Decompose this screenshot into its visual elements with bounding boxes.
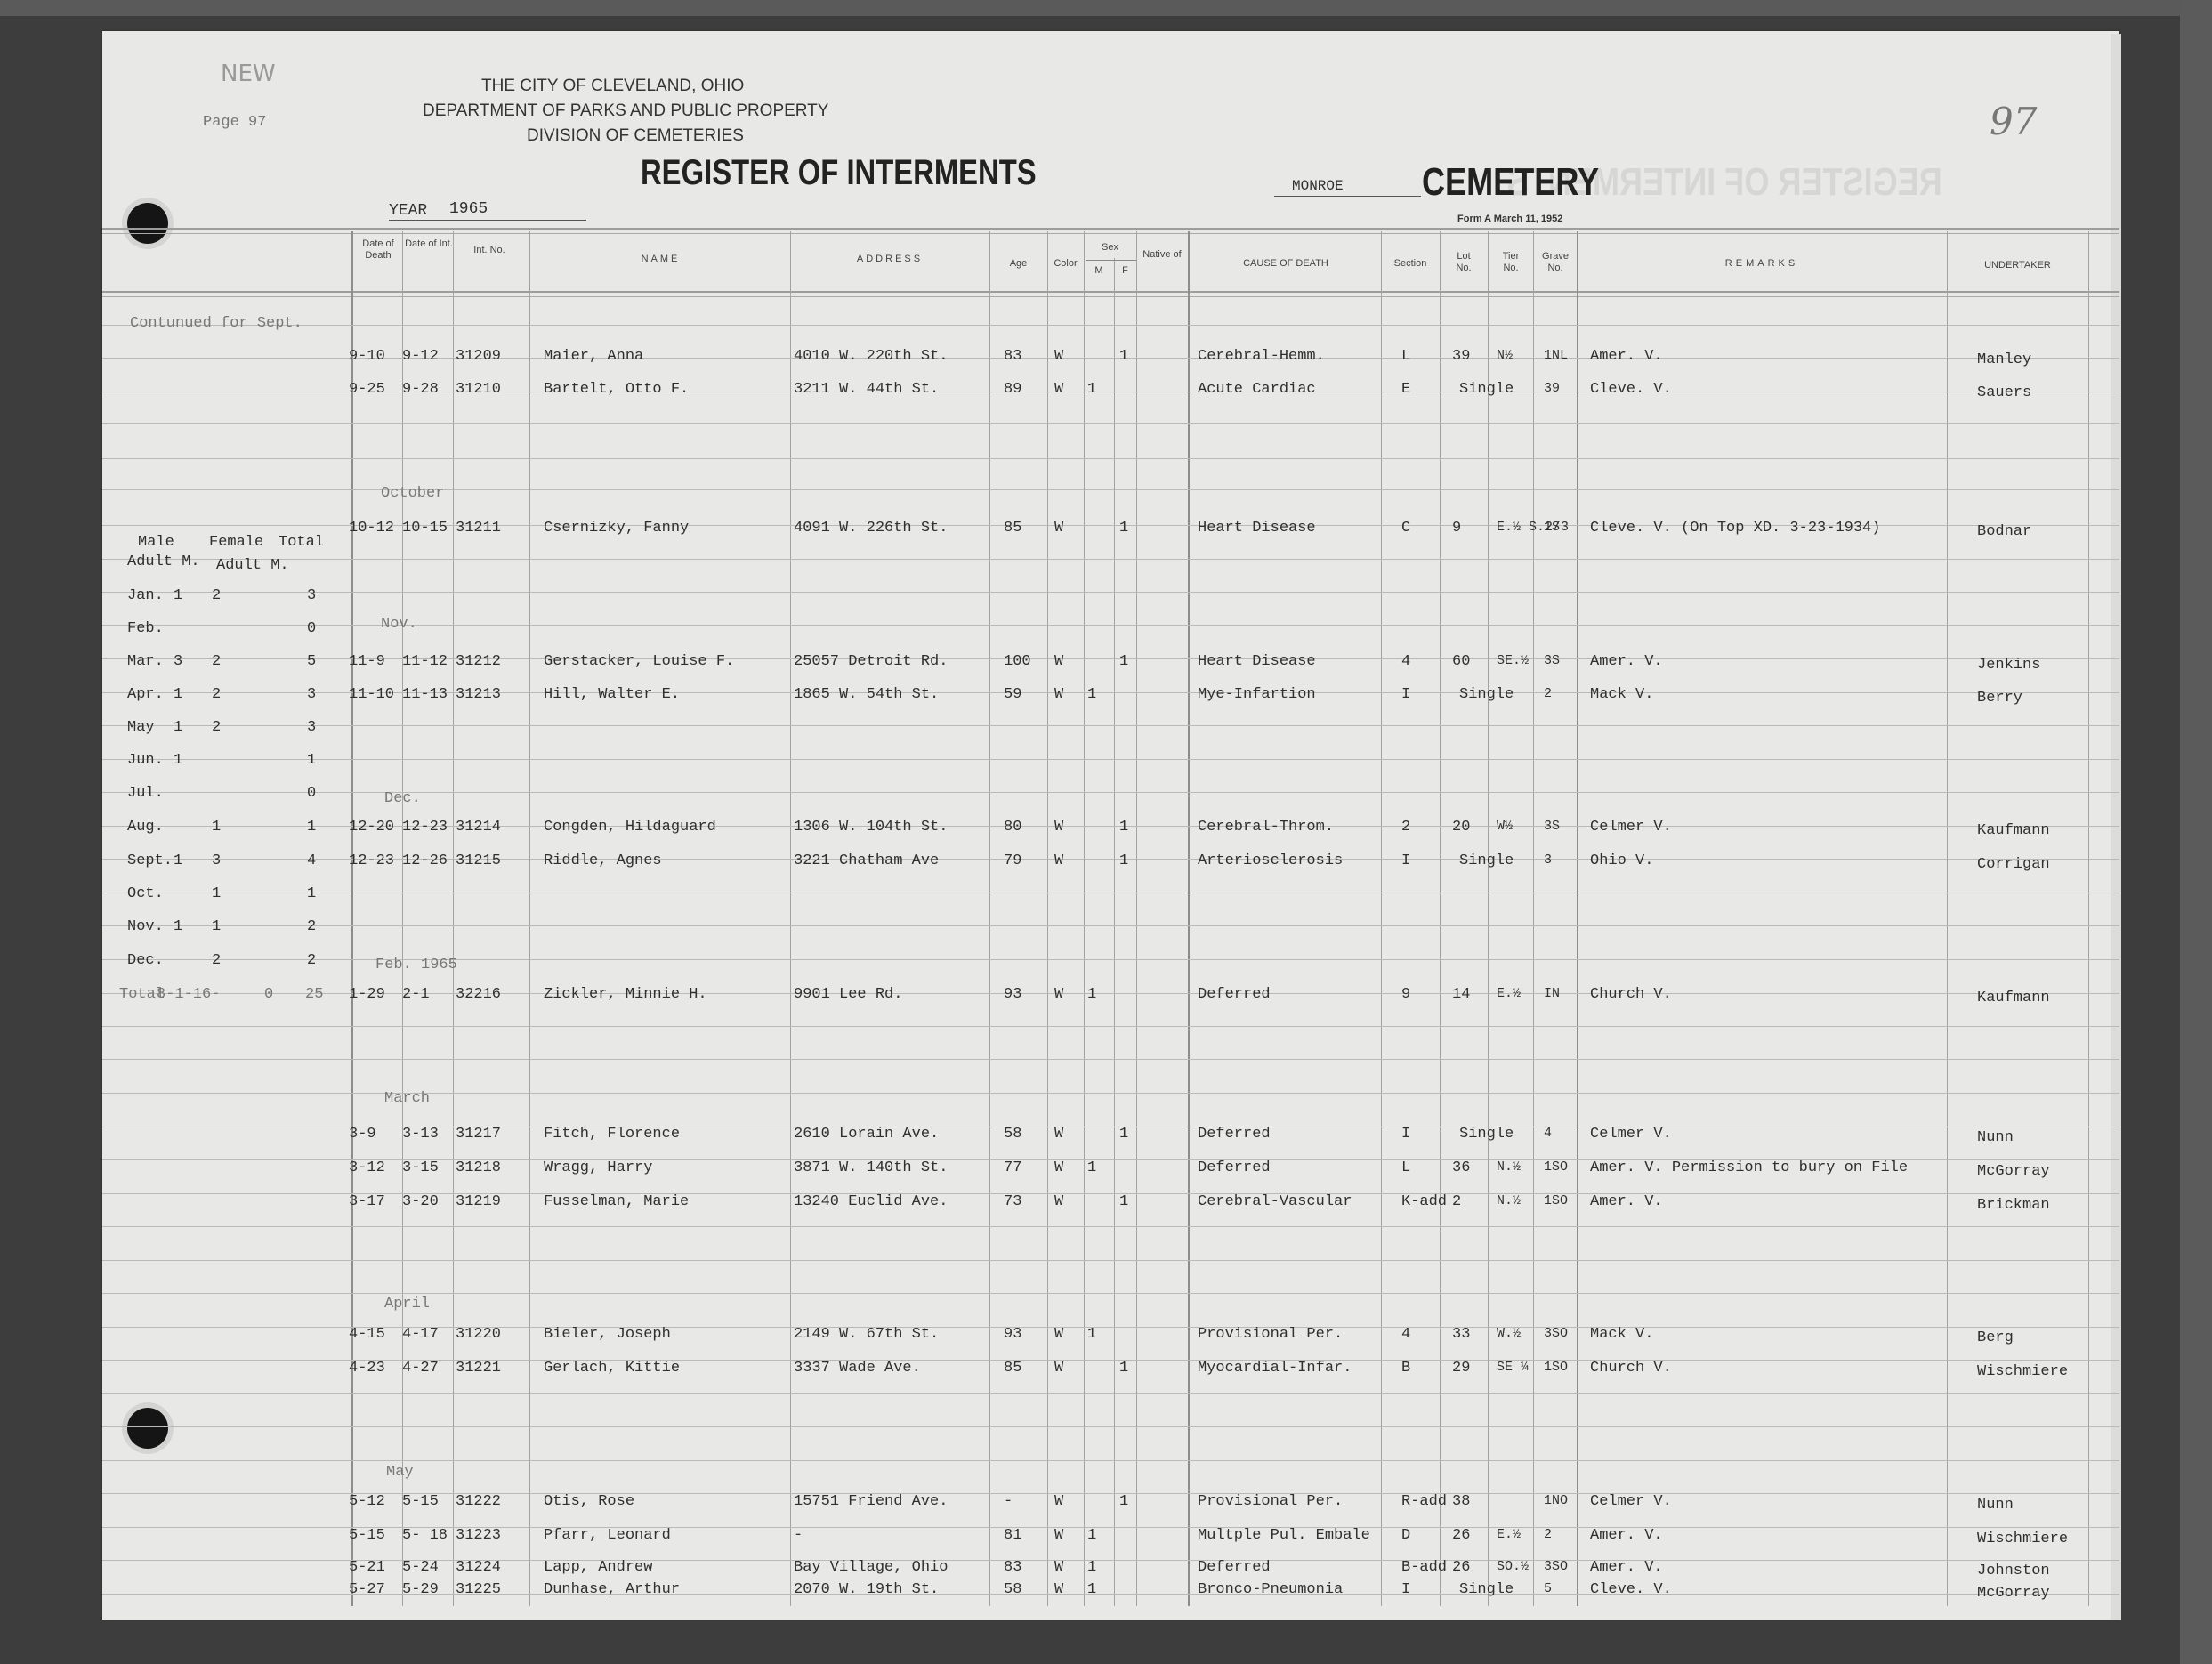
col-age: Age xyxy=(989,258,1047,270)
cell-lot: 60 xyxy=(1452,653,1470,670)
background-right xyxy=(2180,0,2212,1664)
cell-f: 1 xyxy=(1119,653,1128,670)
cell-name: Csernizky, Fanny xyxy=(544,520,689,537)
cell-cause: Heart Disease xyxy=(1198,520,1316,537)
cell-int: 5- 18 xyxy=(402,1527,448,1544)
summary-male: 3 xyxy=(174,653,182,670)
cell-death: 1-29 xyxy=(349,986,385,1003)
cemetery-underline xyxy=(1274,196,1421,197)
cell-grave: 3S xyxy=(1544,653,1560,668)
ruled-line xyxy=(102,759,2119,760)
cell-section: 2 xyxy=(1401,819,1410,836)
summary-female: 2 xyxy=(212,719,221,736)
cell-age: 100 xyxy=(1004,653,1031,670)
cell-age: 80 xyxy=(1004,819,1021,836)
cemetery-label: CEMETERY xyxy=(1422,160,1599,205)
column-divider xyxy=(1577,231,1578,1606)
cell-color: W xyxy=(1054,686,1063,703)
cell-address: 25057 Detroit Rd. xyxy=(794,653,948,670)
year-underline xyxy=(389,220,586,221)
cell-name: Fitch, Florence xyxy=(544,1126,680,1143)
cell-lot: 33 xyxy=(1452,1326,1470,1343)
summary-subheader-male: Adult M. xyxy=(127,553,200,570)
page-label: Page 97 xyxy=(203,114,266,131)
cell-remarks: Church V. xyxy=(1590,986,1672,1003)
summary-male: 1 xyxy=(174,752,182,769)
cell-grave: IN xyxy=(1544,986,1560,1001)
form-label: Form A March 11, 1952 xyxy=(1457,214,1562,224)
cell-int: 2-1 xyxy=(402,986,430,1003)
column-divider xyxy=(2088,231,2089,1606)
cell-age: 93 xyxy=(1004,986,1021,1003)
col-lot-no: Lot No. xyxy=(1449,251,1479,274)
summary-female: 1 xyxy=(212,885,221,902)
cell-undertaker: McGorray xyxy=(1977,1163,2050,1180)
ruled-line xyxy=(102,325,2119,326)
cell-int: 3-13 xyxy=(402,1126,439,1143)
ruled-line xyxy=(102,725,2119,726)
month-heading: Feb. 1965 xyxy=(375,957,457,973)
cell-undertaker: Nunn xyxy=(1977,1497,2014,1514)
summary-total: 0 xyxy=(307,620,316,637)
cell-tier: W.½ xyxy=(1497,1326,1521,1341)
cell-color: W xyxy=(1054,819,1063,836)
cell-name: Dunhase, Arthur xyxy=(544,1581,680,1598)
cell-color: W xyxy=(1054,1326,1063,1343)
summary-month: Aug. xyxy=(127,819,164,836)
cell-int: 3-15 xyxy=(402,1159,439,1176)
summary-header-female: Female xyxy=(209,534,263,551)
cell-grave: 39 xyxy=(1544,381,1560,396)
summary-female: 2 xyxy=(212,686,221,703)
cell-death: 5-15 xyxy=(349,1527,385,1544)
cell-no: 31217 xyxy=(456,1126,501,1143)
cell-int: 3-20 xyxy=(402,1193,439,1210)
cell-grave: 4 xyxy=(1544,1126,1552,1141)
ruled-line xyxy=(102,925,2119,926)
column-divider xyxy=(402,231,403,1606)
month-heading: May xyxy=(386,1464,414,1481)
cell-tier: SE ¼ xyxy=(1497,1360,1529,1375)
cell-m: 1 xyxy=(1087,1326,1096,1343)
cell-lot: 36 xyxy=(1452,1159,1470,1176)
summary-total: 4 xyxy=(307,852,316,869)
cell-age: 79 xyxy=(1004,852,1021,869)
summary-female: 2 xyxy=(212,952,221,969)
cell-tier: SO.½ xyxy=(1497,1559,1529,1574)
cell-f: 1 xyxy=(1119,1360,1128,1377)
cell-no: 31222 xyxy=(456,1493,501,1510)
cell-age: 93 xyxy=(1004,1326,1021,1343)
cell-undertaker: Jenkins xyxy=(1977,657,2040,674)
cell-name: Maier, Anna xyxy=(544,348,643,365)
col-sex-f: F xyxy=(1114,265,1136,277)
summary-total: 1 xyxy=(307,819,316,836)
city-heading: THE CITY OF CLEVELAND, OHIO xyxy=(481,77,744,96)
col-undertaker: UNDERTAKER xyxy=(1949,260,2087,271)
col-date-of-death: Date of Death xyxy=(354,238,402,262)
continued-note: Contunued for Sept. xyxy=(130,315,303,332)
summary-month: Sept. xyxy=(127,852,173,869)
ruled-line xyxy=(102,893,2119,893)
cell-tier: N½ xyxy=(1497,348,1513,363)
cell-section: K-add xyxy=(1401,1193,1447,1210)
cell-address: 1306 W. 104th St. xyxy=(794,819,948,836)
cell-no: 31225 xyxy=(456,1581,501,1598)
cell-no: 31221 xyxy=(456,1360,501,1377)
summary-month: Jan. xyxy=(127,587,164,604)
col-int-no: Int. No. xyxy=(472,245,507,256)
cell-death: 4-15 xyxy=(349,1326,385,1343)
col-section: Section xyxy=(1381,258,1440,270)
cell-grave: 1SO xyxy=(1544,1193,1568,1208)
table-top-border xyxy=(102,228,2119,234)
cell-lot: Single xyxy=(1459,686,1514,703)
summary-female: 3 xyxy=(212,852,221,869)
cell-int: 4-17 xyxy=(402,1326,439,1343)
cell-cause: Provisional Per. xyxy=(1198,1493,1343,1510)
cell-f: 1 xyxy=(1119,520,1128,537)
cell-cause: Deferred xyxy=(1198,1559,1271,1576)
column-divider xyxy=(351,231,353,1606)
col-cause-of-death: CAUSE OF DEATH xyxy=(1192,258,1379,270)
summary-female: 2 xyxy=(212,653,221,670)
cell-remarks: Amer. V. xyxy=(1590,1559,1663,1576)
column-divider xyxy=(1947,231,1948,1606)
cell-m: 1 xyxy=(1087,986,1096,1003)
cell-address: 4010 W. 220th St. xyxy=(794,348,948,365)
cell-death: 11-9 xyxy=(349,653,385,670)
summary-month: Dec. xyxy=(127,952,164,969)
cell-age: 77 xyxy=(1004,1159,1021,1176)
summary-month: Jul. xyxy=(127,785,164,802)
cell-address: 1865 W. 54th St. xyxy=(794,686,939,703)
cell-cause: Cerebral-Throm. xyxy=(1198,819,1334,836)
cell-no: 31215 xyxy=(456,852,501,869)
cell-death: 3-12 xyxy=(349,1159,385,1176)
cell-undertaker: Sauers xyxy=(1977,384,2031,401)
col-sex: Sex xyxy=(1084,242,1136,254)
cell-name: Bieler, Joseph xyxy=(544,1326,671,1343)
cell-undertaker: Berry xyxy=(1977,690,2022,707)
summary-female: 0 xyxy=(264,986,273,1003)
cell-remarks: Amer. V. xyxy=(1590,1527,1663,1544)
cell-address: 2070 W. 19th St. xyxy=(794,1581,939,1598)
cell-grave: 3SO xyxy=(1544,1326,1568,1341)
cell-grave: 1NL xyxy=(1544,348,1568,363)
year-label: YEAR xyxy=(389,202,427,220)
cell-age: - xyxy=(1004,1493,1013,1510)
cell-int: 11-12 xyxy=(402,653,448,670)
cell-name: Pfarr, Leonard xyxy=(544,1527,671,1544)
cell-int: 5-29 xyxy=(402,1581,439,1598)
cell-cause: Deferred xyxy=(1198,1126,1271,1143)
summary-month: Jun. xyxy=(127,752,164,769)
cell-int: 11-13 xyxy=(402,686,448,703)
cell-cause: Acute Cardiac xyxy=(1198,381,1316,398)
department-heading: DEPARTMENT OF PARKS AND PUBLIC PROPERTY xyxy=(423,101,828,121)
cell-int: 10-15 xyxy=(402,520,448,537)
cell-int: 5-15 xyxy=(402,1493,439,1510)
column-divider xyxy=(1188,231,1190,1606)
cell-name: Lapp, Andrew xyxy=(544,1559,652,1576)
cell-section: C xyxy=(1401,520,1410,537)
cell-no: 31220 xyxy=(456,1326,501,1343)
cell-color: W xyxy=(1054,1493,1063,1510)
col-sex-m: M xyxy=(1084,265,1114,277)
summary-male: 1 xyxy=(174,852,182,869)
cell-grave: 3SO xyxy=(1544,1559,1568,1574)
cell-undertaker: Bodnar xyxy=(1977,523,2031,540)
cell-color: W xyxy=(1054,1193,1063,1210)
cell-name: Bartelt, Otto F. xyxy=(544,381,689,398)
cell-tier: N.½ xyxy=(1497,1159,1521,1175)
cell-remarks: Mack V. xyxy=(1590,686,1653,703)
cell-age: 85 xyxy=(1004,520,1021,537)
cell-tier: W½ xyxy=(1497,819,1513,834)
cell-no: 31218 xyxy=(456,1159,501,1176)
cell-age: 58 xyxy=(1004,1126,1021,1143)
cell-cause: Deferred xyxy=(1198,986,1271,1003)
summary-month: Feb. xyxy=(127,620,164,637)
cell-no: 31214 xyxy=(456,819,501,836)
cell-death: 5-27 xyxy=(349,1581,385,1598)
cell-address: 13240 Euclid Ave. xyxy=(794,1193,948,1210)
cell-undertaker: Kaufmann xyxy=(1977,822,2050,839)
cell-death: 5-21 xyxy=(349,1559,385,1576)
cell-color: W xyxy=(1054,986,1063,1003)
cell-remarks: Amer. V. Permission to bury on File xyxy=(1590,1159,1908,1176)
ruled-line xyxy=(102,423,2119,424)
cell-undertaker: McGorray xyxy=(1977,1585,2050,1602)
cell-age: 58 xyxy=(1004,1581,1021,1598)
ruled-line xyxy=(102,1460,2119,1461)
cell-death: 3-17 xyxy=(349,1193,385,1210)
cell-lot: 38 xyxy=(1452,1493,1470,1510)
cell-lot: 2 xyxy=(1452,1193,1461,1210)
summary-female: 1 xyxy=(212,819,221,836)
cell-section: R-add xyxy=(1401,1493,1447,1510)
cell-undertaker: Berg xyxy=(1977,1329,2014,1346)
cell-lot: Single xyxy=(1459,1126,1514,1143)
cell-tier: N.½ xyxy=(1497,1193,1521,1208)
cell-grave: 1S xyxy=(1544,520,1560,535)
cell-grave: 1SO xyxy=(1544,1360,1568,1375)
cell-section: D xyxy=(1401,1527,1410,1544)
cell-cause: Provisional Per. xyxy=(1198,1326,1343,1343)
summary-male: 8-1-16- xyxy=(157,986,220,1003)
cell-death: 10-12 xyxy=(349,520,394,537)
cell-age: 89 xyxy=(1004,381,1021,398)
cell-cause: Multple Pul. Embale xyxy=(1198,1527,1370,1544)
col-name: NAME xyxy=(534,254,787,265)
ruled-line xyxy=(102,1426,2119,1427)
cell-death: 5-12 xyxy=(349,1493,385,1510)
cell-cause: Arteriosclerosis xyxy=(1198,852,1343,869)
column-divider xyxy=(1381,231,1382,1606)
ruled-line xyxy=(102,1226,2119,1227)
cell-death: 9-25 xyxy=(349,381,385,398)
cell-m: 1 xyxy=(1087,1581,1096,1598)
cell-color: W xyxy=(1054,348,1063,365)
cell-address: - xyxy=(794,1527,803,1544)
cell-remarks: Amer. V. xyxy=(1590,653,1663,670)
cell-f: 1 xyxy=(1119,1126,1128,1143)
cell-death: 4-23 xyxy=(349,1360,385,1377)
cell-age: 83 xyxy=(1004,1559,1021,1576)
cell-name: Hill, Walter E. xyxy=(544,686,680,703)
cell-address: 3211 W. 44th St. xyxy=(794,381,939,398)
cell-color: W xyxy=(1054,1581,1063,1598)
binder-hole-icon xyxy=(127,203,168,244)
table-header-border xyxy=(102,291,2119,297)
cell-remarks: Church V. xyxy=(1590,1360,1672,1377)
cell-lot: 29 xyxy=(1452,1360,1470,1377)
cell-undertaker: Brickman xyxy=(1977,1197,2050,1214)
summary-month: Apr. xyxy=(127,686,164,703)
cell-lot: Single xyxy=(1459,1581,1514,1598)
cell-color: W xyxy=(1054,381,1063,398)
cell-undertaker: Manley xyxy=(1977,351,2031,368)
cell-address: 9901 Lee Rd. xyxy=(794,986,902,1003)
division-heading: DIVISION OF CEMETERIES xyxy=(527,126,744,146)
cell-undertaker: Johnston xyxy=(1977,1563,2050,1579)
cell-section: B xyxy=(1401,1360,1410,1377)
cell-f: 1 xyxy=(1119,852,1128,869)
cell-grave: 2 xyxy=(1544,686,1552,701)
cell-name: Riddle, Agnes xyxy=(544,852,662,869)
cell-color: W xyxy=(1054,653,1063,670)
summary-male: 1 xyxy=(174,686,182,703)
cell-no: 31223 xyxy=(456,1527,501,1544)
cell-undertaker: Nunn xyxy=(1977,1129,2014,1146)
cell-no: 31212 xyxy=(456,653,501,670)
ruled-line xyxy=(102,1393,2119,1394)
cell-grave: 5 xyxy=(1544,1581,1552,1596)
cell-age: 83 xyxy=(1004,348,1021,365)
cell-address: 3221 Chatham Ave xyxy=(794,852,939,869)
summary-subheader-female: Adult M. xyxy=(216,557,289,574)
cell-no: 31209 xyxy=(456,348,501,365)
sex-divider xyxy=(1086,260,1136,261)
cell-lot: 39 xyxy=(1452,348,1470,365)
summary-total: 5 xyxy=(307,653,316,670)
column-divider xyxy=(1084,231,1085,1606)
cell-section: I xyxy=(1401,1581,1410,1598)
cell-age: 59 xyxy=(1004,686,1021,703)
cell-no: 32216 xyxy=(456,986,501,1003)
cell-cause: Deferred xyxy=(1198,1159,1271,1176)
summary-male: 1 xyxy=(174,719,182,736)
cell-m: 1 xyxy=(1087,381,1096,398)
cell-address: 3871 W. 140th St. xyxy=(794,1159,948,1176)
cell-remarks: Ohio V. xyxy=(1590,852,1653,869)
background-top xyxy=(0,0,2212,16)
summary-total: 25 xyxy=(305,986,323,1003)
cell-section: 4 xyxy=(1401,1326,1410,1343)
cell-address: 2149 W. 67th St. xyxy=(794,1326,939,1343)
cell-color: W xyxy=(1054,1360,1063,1377)
handwritten-note: NEW xyxy=(221,61,276,87)
cell-remarks: Celmer V. xyxy=(1590,1493,1672,1510)
summary-total: 1 xyxy=(307,752,316,769)
ruled-line xyxy=(102,1059,2119,1060)
cell-name: Congden, Hildaguard xyxy=(544,819,716,836)
cell-name: Gerstacker, Louise F. xyxy=(544,653,734,670)
ruled-line xyxy=(102,592,2119,593)
cell-name: Gerlach, Kittie xyxy=(544,1360,680,1377)
underlying-page-edge xyxy=(2111,34,2121,1620)
cell-cause: Mye-Infartion xyxy=(1198,686,1316,703)
cell-section: L xyxy=(1401,1159,1410,1176)
summary-month: Nov. xyxy=(127,918,164,935)
cell-death: 9-10 xyxy=(349,348,385,365)
col-remarks: REMARKS xyxy=(1579,258,1944,270)
cell-cause: Cerebral-Hemm. xyxy=(1198,348,1325,365)
register-title: REGISTER OF INTERMENTS xyxy=(641,153,1037,193)
summary-total: 0 xyxy=(307,785,316,802)
cell-m: 1 xyxy=(1087,1527,1096,1544)
cell-address: 2610 Lorain Ave. xyxy=(794,1126,939,1143)
summary-total: 2 xyxy=(307,918,316,935)
cell-lot: 9 xyxy=(1452,520,1461,537)
col-native-of: Native of xyxy=(1139,249,1185,261)
summary-total: 1 xyxy=(307,885,316,902)
cell-tier: E.½ xyxy=(1497,986,1521,1001)
cell-undertaker: Corrigan xyxy=(1977,856,2050,873)
cell-m: 1 xyxy=(1087,1559,1096,1576)
ruled-line xyxy=(102,1293,2119,1294)
cell-section: I xyxy=(1401,1126,1410,1143)
cell-death: 11-10 xyxy=(349,686,394,703)
cell-section: 4 xyxy=(1401,653,1410,670)
cell-f: 1 xyxy=(1119,1493,1128,1510)
cell-int: 12-26 xyxy=(402,852,448,869)
column-divider xyxy=(529,231,530,1606)
col-color: Color xyxy=(1047,258,1084,270)
month-heading: Nov. xyxy=(381,616,417,633)
month-heading: April xyxy=(384,1296,430,1313)
month-heading: Dec. xyxy=(384,790,421,807)
cell-remarks: Mack V. xyxy=(1590,1326,1653,1343)
cell-no: 31224 xyxy=(456,1559,501,1576)
summary-total: 3 xyxy=(307,686,316,703)
ruled-line xyxy=(102,559,2119,560)
cell-color: W xyxy=(1054,1126,1063,1143)
column-divider xyxy=(1440,231,1441,1606)
summary-month: May xyxy=(127,719,155,736)
binder-hole-icon xyxy=(127,1408,168,1449)
cell-age: 85 xyxy=(1004,1360,1021,1377)
cell-section: 9 xyxy=(1401,986,1410,1003)
cell-int: 12-23 xyxy=(402,819,448,836)
cell-remarks: Cleve. V. xyxy=(1590,1581,1672,1598)
cell-cause: Myocardial-Infar. xyxy=(1198,1360,1352,1377)
cell-color: W xyxy=(1054,1159,1063,1176)
column-divider xyxy=(1136,231,1137,1606)
cell-address: 3337 Wade Ave. xyxy=(794,1360,921,1377)
col-date-of-int: Date of Int. xyxy=(405,238,453,250)
ruled-line xyxy=(102,458,2119,459)
cell-color: W xyxy=(1054,852,1063,869)
cell-int: 5-24 xyxy=(402,1559,439,1576)
cell-death: 12-23 xyxy=(349,852,394,869)
summary-month: Mar. xyxy=(127,653,164,670)
cell-section: E xyxy=(1401,381,1410,398)
cell-lot: Single xyxy=(1459,852,1514,869)
column-divider xyxy=(790,231,791,1606)
cell-grave: 2 xyxy=(1544,1527,1552,1542)
